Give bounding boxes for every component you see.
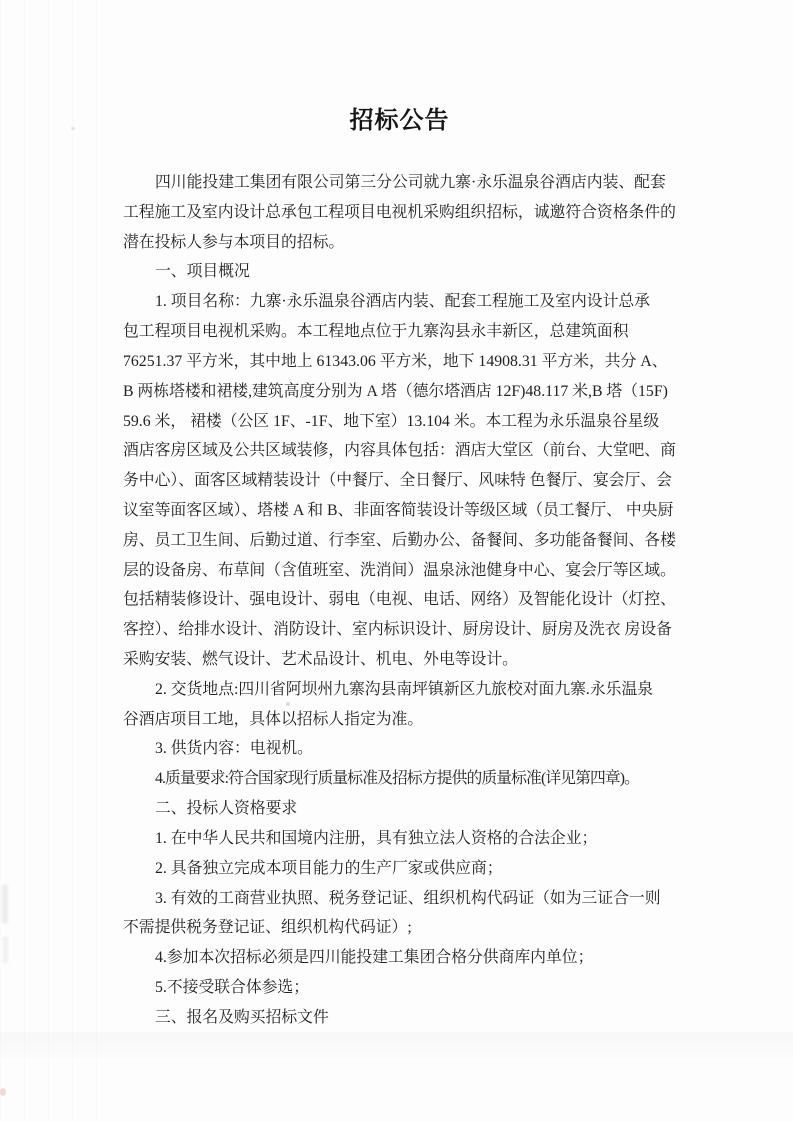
text-line: 包括精装修设计、强电设计、弱电（电视、电话、网络）及智能化设计（灯控、 (123, 585, 676, 615)
text-line: 5.不接受联合体参选； (123, 973, 676, 1003)
text-line: 四川能投建工集团有限公司第三分公司就九寨·永乐温泉谷酒店内装、配套 (123, 168, 676, 198)
scan-artifact-band (0, 1032, 793, 1058)
text-line: 一、项目概况 (123, 257, 676, 287)
text-line: 1. 在中华人民共和国境内注册，具有独立法人资格的合法企业； (123, 824, 676, 854)
document-body: 四川能投建工集团有限公司第三分公司就九寨·永乐温泉谷酒店内装、配套工程施工及室内… (123, 168, 676, 1033)
text-line: 房、员工卫生间、后勤过道、行李室、后勤办公、备餐间、多功能备餐间、各楼 (123, 526, 676, 556)
text-line: B 两栋塔楼和裙楼,建筑高度分别为 A 塔（德尔塔酒店 12F)48.117 米… (123, 377, 676, 407)
scan-artifact-speck (70, 126, 76, 131)
text-line: 客控）、给排水设计、消防设计、室内标识设计、厨房设计、厨房及洗衣 房设备 (123, 615, 676, 645)
text-line: 务中心）、面客区域精装设计（中餐厅、全日餐厅、风味特 色餐厅、宴会厅、会 (123, 466, 676, 496)
text-line: 4.质量要求:符合国家现行质量标准及招标方提供的质量标准(详见第四章)。 (123, 764, 676, 794)
text-line: 不需提供税务登记证、组织机构代码证）; (123, 913, 676, 943)
text-line: 59.6 米， 裙楼（公区 1F、-1F、地下室）13.104 米。本工程为永乐… (123, 407, 676, 437)
text-line: 2. 交货地点:四川省阿坝州九寨沟县南坪镇新区九旅校对面九寨.永乐温泉 (123, 675, 676, 705)
text-line: 1. 项目名称：九寨·永乐温泉谷酒店内装、配套工程施工及室内设计总承 (123, 287, 676, 317)
text-line: 议室等面客区域）、塔楼 A 和 B、非面客简装设计等级区域（员工餐厅、 中央厨 (123, 496, 676, 526)
text-line: 包工程项目电视机采购。本工程地点位于九寨沟县永丰新区，总建筑面积 (123, 317, 676, 347)
text-line: 二、投标人资格要求 (123, 794, 676, 824)
scan-artifact-speck (0, 1088, 6, 1096)
text-line: 三、报名及购买招标文件 (123, 1003, 676, 1033)
text-line: 谷酒店项目工地，具体以招标人指定为准。 (123, 705, 676, 735)
text-line: 工程施工及室内设计总承包工程项目电视机采购组织招标，诚邀符合资格条件的 (123, 198, 676, 228)
text-line: 酒店客房区域及公共区域装修，内容具体包括：酒店大堂区（前台、大堂吧、商 (123, 436, 676, 466)
text-line: 4.参加本次招标必须是四川能投建工集团合格分供商库内单位； (123, 943, 676, 973)
text-line: 3. 供货内容：电视机。 (123, 734, 676, 764)
text-line: 潜在投标人参与本项目的招标。 (123, 228, 676, 258)
scan-artifact-edge-smudge (2, 884, 8, 924)
text-line: 采购安装、燃气设计、艺术品设计、机电、外电等设计。 (123, 645, 676, 675)
text-line: 2. 具备独立完成本项目能力的生产厂家或供应商； (123, 854, 676, 884)
text-line: 76251.37 平方米，其中地上 61343.06 平方米，地下 14908.… (123, 347, 676, 377)
document-title: 招标公告 (123, 106, 676, 136)
scanned-document-page: 招标公告 四川能投建工集团有限公司第三分公司就九寨·永乐温泉谷酒店内装、配套工程… (0, 0, 793, 1121)
text-line: 层的设备房、布草间（含值班室、洗消间）温泉泳池健身中心、宴会厅等区域。 (123, 556, 676, 586)
text-line: 3. 有效的工商营业执照、税务登记证、组织机构代码证（如为三证合一则 (123, 884, 676, 914)
scan-artifact-edge-smudge (3, 936, 8, 964)
